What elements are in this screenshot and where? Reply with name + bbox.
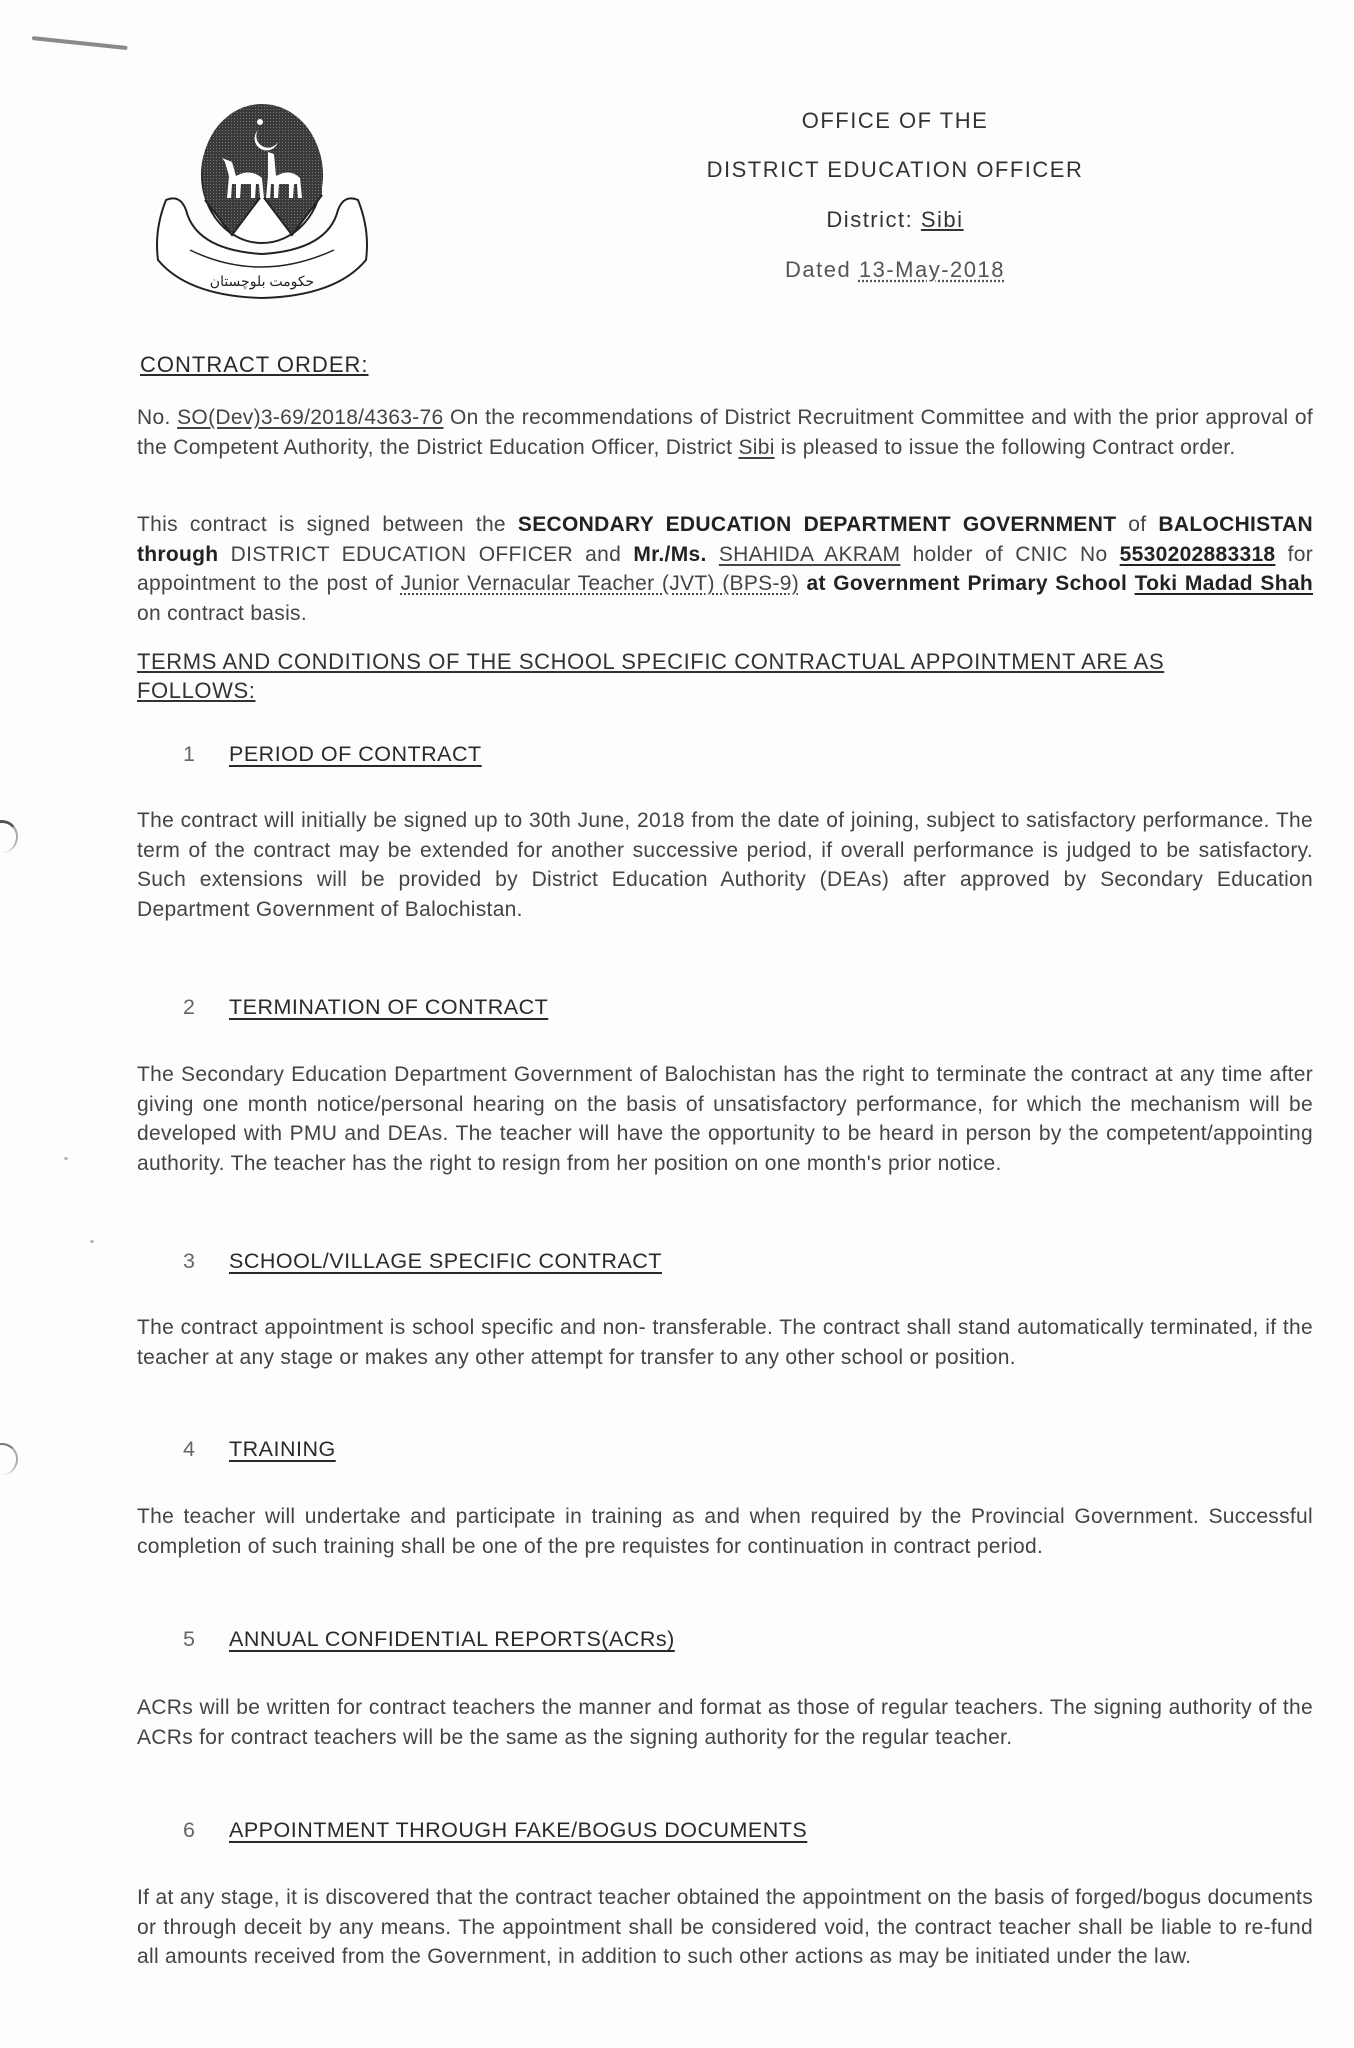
section-body: The contract appointment is school speci…	[137, 1313, 1313, 1372]
contract-text: This contract is signed between the	[137, 513, 518, 536]
contract-text: of	[1116, 513, 1158, 536]
contract-paragraph: This contract is signed between the SECO…	[137, 510, 1313, 628]
section-number: 1	[183, 742, 229, 767]
punch-hole	[0, 1443, 18, 1475]
school-name: Toki Madad Shah	[1135, 572, 1313, 595]
section-title: TRAINING	[229, 1437, 336, 1461]
school-label: at Government Primary School	[799, 572, 1135, 595]
district-label: District:	[826, 207, 913, 232]
salutation: Mr./Ms.	[633, 543, 706, 566]
section-body: The teacher will undertake and participa…	[137, 1502, 1313, 1561]
section-number: 6	[183, 1818, 229, 1843]
section-title: TERMINATION OF CONTRACT	[229, 995, 548, 1019]
intro-district: Sibi	[738, 436, 774, 459]
cnic-number: 5530202883318	[1120, 543, 1276, 566]
officer-heading: DISTRICT EDUCATION OFFICER	[640, 157, 1150, 183]
svg-text:حکومت بلوچستان: حکومت بلوچستان	[210, 273, 314, 290]
contract-text: holder of CNIC No	[900, 543, 1119, 566]
punch-hole	[0, 820, 18, 853]
section-number: 4	[183, 1437, 229, 1462]
section-heading: 6APPOINTMENT THROUGH FAKE/BOGUS DOCUMENT…	[183, 1818, 807, 1843]
contract-text: and	[573, 543, 633, 566]
intro-text-end: is pleased to issue the following Contra…	[775, 436, 1236, 459]
teacher-name: SHAHIDA AKRAM	[719, 543, 901, 566]
department-name: SECONDARY EDUCATION DEPARTMENT GOVERNMEN…	[518, 513, 1116, 536]
date-line: Dated 13-May-2018	[640, 257, 1150, 283]
district-value: Sibi	[921, 207, 964, 232]
intro-paragraph: No. SO(Dev)3-69/2018/4363-76 On the reco…	[137, 403, 1313, 462]
balochistan-emblem-icon: حکومت بلوچستان	[150, 100, 375, 300]
section-heading: 4TRAINING	[183, 1437, 336, 1462]
section-body: ACRs will be written for contract teache…	[137, 1693, 1313, 1752]
contract-text: on contract basis.	[137, 602, 307, 625]
dated-value: 13-May-2018	[859, 257, 1005, 282]
post-title: Junior Vernacular Teacher (JVT) (BPS-9)	[401, 572, 799, 595]
staple-mark	[32, 36, 128, 50]
section-title: APPOINTMENT THROUGH FAKE/BOGUS DOCUMENTS	[229, 1818, 807, 1842]
section-title: PERIOD OF CONTRACT	[229, 742, 482, 766]
order-no-label: No.	[137, 406, 171, 429]
section-body: The contract will initially be signed up…	[137, 806, 1313, 924]
section-title: ANNUAL CONFIDENTIAL REPORTS(ACRs)	[229, 1627, 675, 1651]
scan-speck	[64, 1157, 68, 1160]
section-number: 3	[183, 1249, 229, 1274]
scan-speck	[90, 1240, 94, 1243]
section-number: 2	[183, 995, 229, 1020]
district-line: District: Sibi	[640, 207, 1150, 233]
dated-label: Dated	[785, 257, 851, 282]
document-title: CONTRACT ORDER:	[140, 352, 369, 378]
order-number: SO(Dev)3-69/2018/4363-76	[177, 406, 443, 429]
section-number: 5	[183, 1627, 229, 1652]
office-heading: OFFICE OF THE	[640, 108, 1150, 134]
section-heading: 3SCHOOL/VILLAGE SPECIFIC CONTRACT	[183, 1249, 662, 1274]
section-heading: 1PERIOD OF CONTRACT	[183, 742, 482, 767]
section-heading: 2TERMINATION OF CONTRACT	[183, 995, 548, 1020]
section-heading: 5ANNUAL CONFIDENTIAL REPORTS(ACRs)	[183, 1627, 675, 1652]
section-body: If at any stage, it is discovered that t…	[137, 1883, 1313, 1972]
officer-text: DISTRICT EDUCATION OFFICER	[218, 543, 573, 566]
section-title: SCHOOL/VILLAGE SPECIFIC CONTRACT	[229, 1249, 662, 1273]
terms-heading: TERMS AND CONDITIONS OF THE SCHOOL SPECI…	[137, 647, 1287, 705]
section-body: The Secondary Education Department Gover…	[137, 1060, 1313, 1178]
